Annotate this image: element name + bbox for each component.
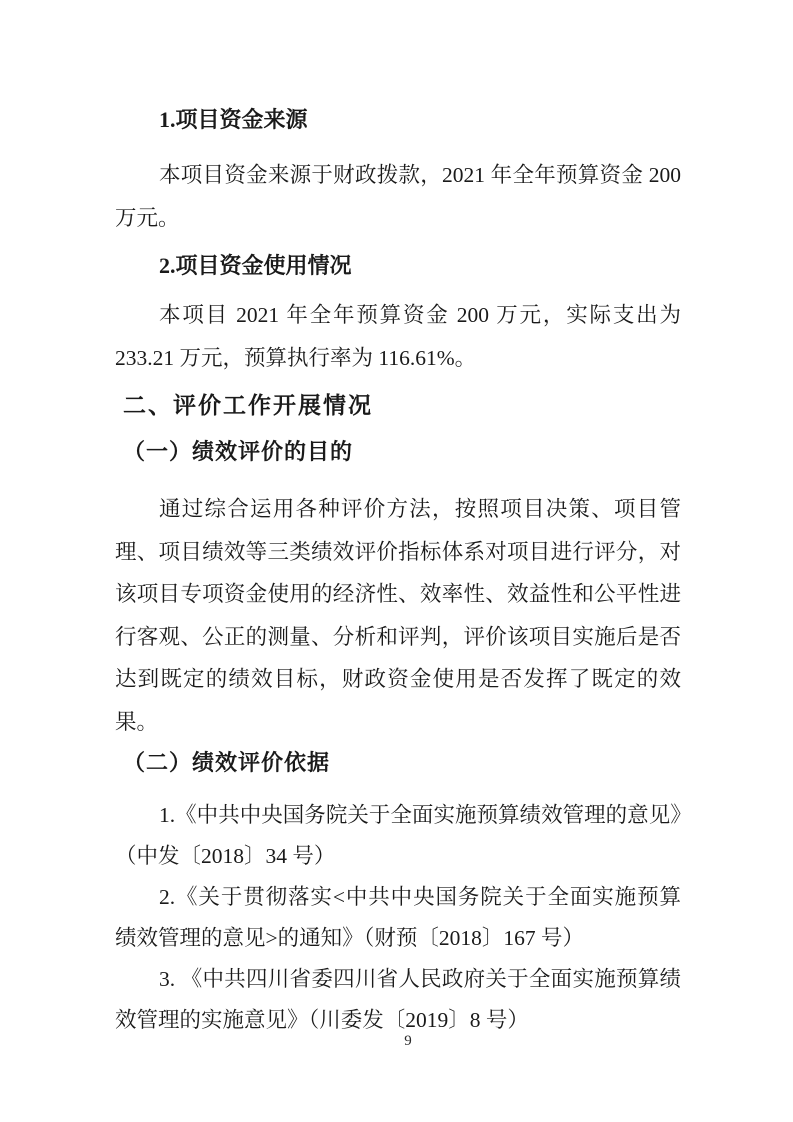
heading-project-fund-usage: 2.项目资金使用情况 <box>115 250 681 282</box>
heading-evaluation-purpose: （一）绩效评价的目的 <box>115 436 681 468</box>
heading-project-fund-source: 1.项目资金来源 <box>115 104 681 136</box>
page-number: 9 <box>378 1033 438 1050</box>
para-evaluation-purpose: 通过综合运用各种评价方法，按照项目决策、项目管理、项目绩效等三类绩效评价指标体系… <box>115 488 681 743</box>
document-page: 1.项目资金来源 本项目资金来源于财政拨款，2021 年全年预算资金 200 万… <box>0 0 793 1122</box>
reference-item-3: 3. 《中共四川省委四川省人民政府关于全面实施预算绩效管理的实施意见》（川委发〔… <box>115 959 681 1041</box>
reference-item-2: 2.《关于贯彻落实<中共中央国务院关于全面实施预算绩效管理的意见>的通知》（财预… <box>115 877 681 959</box>
document-content: 1.项目资金来源 本项目资金来源于财政拨款，2021 年全年预算资金 200 万… <box>0 0 793 1041</box>
para-fund-source: 本项目资金来源于财政拨款，2021 年全年预算资金 200 万元。 <box>115 154 681 240</box>
heading-evaluation-basis: （二）绩效评价依据 <box>115 747 681 779</box>
reference-item-1: 1.《中共中央国务院关于全面实施预算绩效管理的意见》（中发〔2018〕34 号） <box>115 795 681 877</box>
para-fund-usage: 本项目 2021 年全年预算资金 200 万元，实际支出为 233.21 万元，… <box>115 294 681 380</box>
heading-evaluation-work: 二、评价工作开展情况 <box>115 388 681 422</box>
